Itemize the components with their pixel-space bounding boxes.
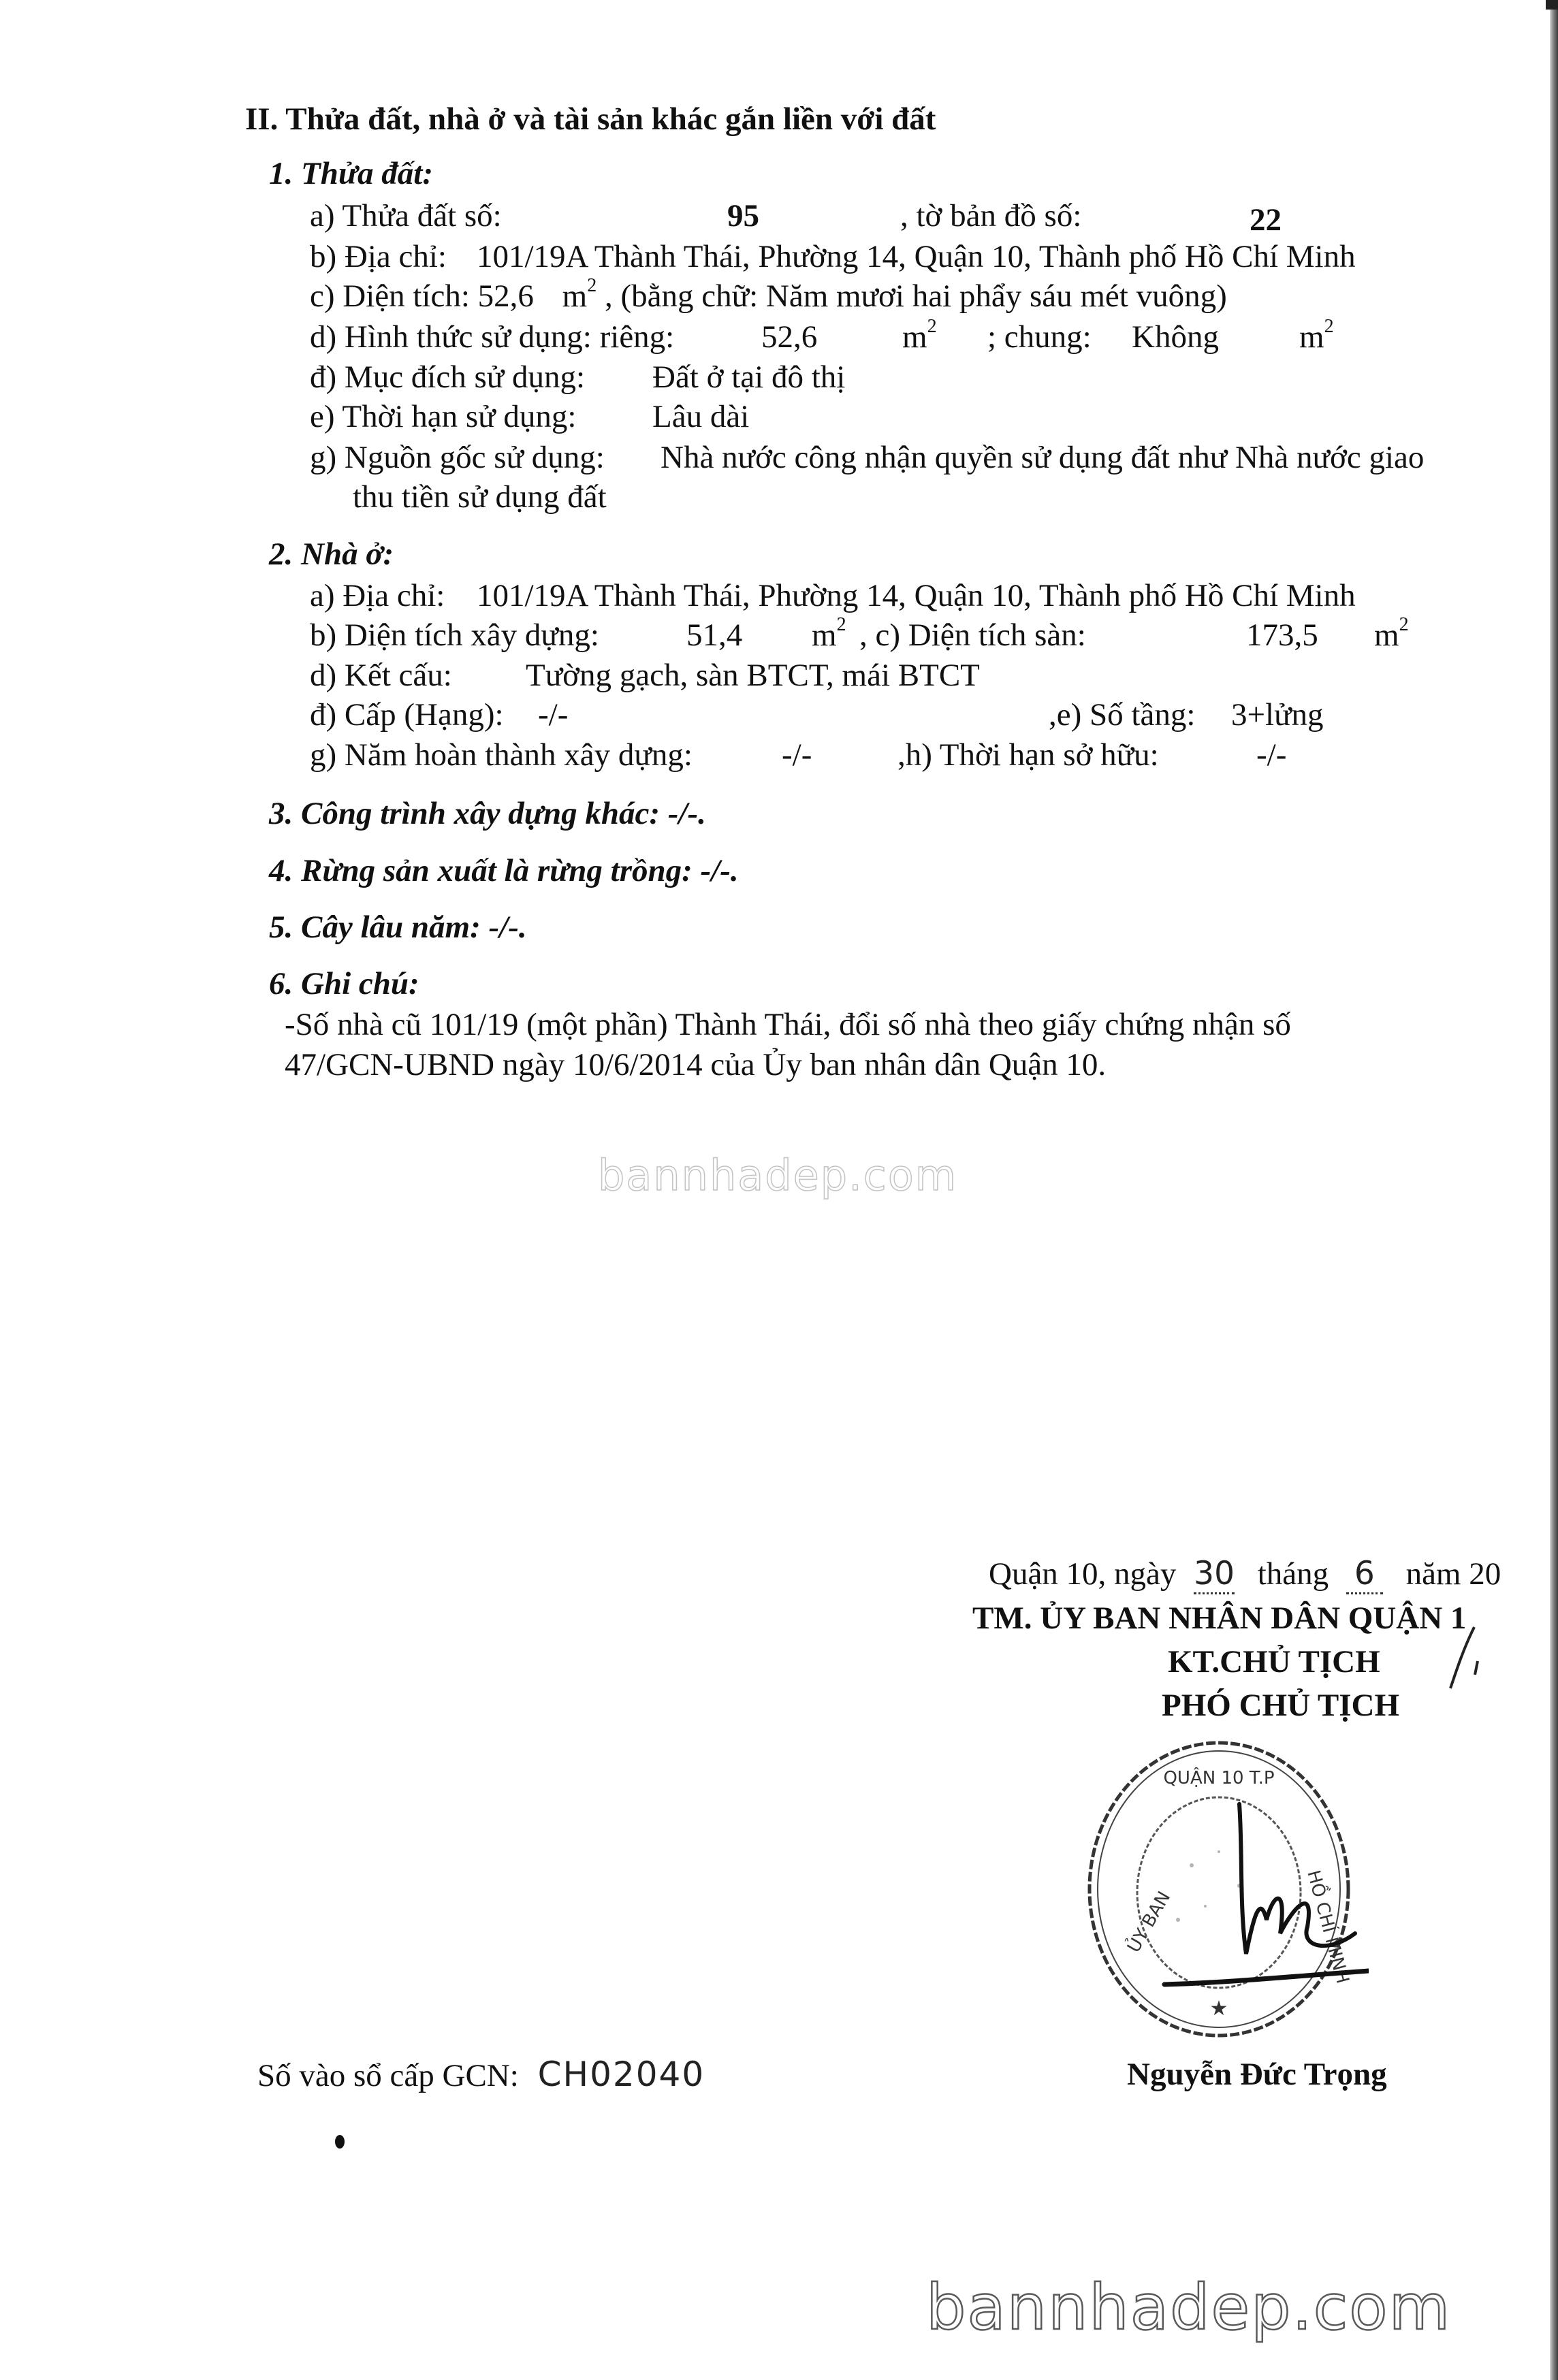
land-area-label: c) Diện tích: <box>310 278 470 314</box>
official-seal-icon: QUẬN 10 T.P HỒ CHÍ MINH ỦY BAN ★ <box>1083 1729 1369 2042</box>
watermark-footer: bannhadep.com <box>926 2271 1451 2344</box>
perennial-trees: 5. Cây lâu năm: -/-. <box>269 909 527 946</box>
section-title: II. Thửa đất, nhà ở và tài sản khác gắn … <box>245 101 936 138</box>
build-area-unit: m2 <box>812 617 846 654</box>
notes-heading: 6. Ghi chú: <box>269 965 419 1002</box>
floor-area-value: 173,5 <box>1246 617 1318 654</box>
structure-label: d) Kết cấu: <box>310 657 452 694</box>
place-date-prefix: Quận 10, ngày <box>989 1556 1176 1592</box>
completion-year-label: g) Năm hoàn thành xây dựng: <box>310 737 693 773</box>
floor-area-unit: m2 <box>1374 617 1409 654</box>
registry-label: Số vào sổ cấp GCN: <box>257 2058 519 2093</box>
build-area-value: 51,4 <box>686 617 742 654</box>
notes-line1: -Số nhà cũ 101/19 (một phần) Thành Thái,… <box>285 1006 1291 1043</box>
svg-text:★: ★ <box>1210 1997 1228 2021</box>
land-area-words: , (bằng chữ: Năm mươi hai phẩy sáu mét v… <box>605 278 1227 314</box>
issuing-org: TM. ỦY BAN NHÂN DÂN QUẬN 1 <box>972 1600 1466 1637</box>
usage-common-label: ; chung: <box>987 319 1092 355</box>
notes-line2: 47/GCN-UBND ngày 10/6/2014 của Ủy ban nh… <box>285 1046 1106 1083</box>
parcel-number: 95 <box>727 197 759 234</box>
term-label: e) Thời hạn sử dụng: <box>310 398 576 435</box>
grade-value: -/- <box>538 696 568 733</box>
build-area-label: b) Diện tích xây dựng: <box>310 617 599 654</box>
grade-label: đ) Cấp (Hạng): <box>310 696 504 733</box>
floors-value: 3+lửng <box>1231 696 1324 733</box>
scan-edge <box>1550 0 1558 2380</box>
origin-line1: Nhà nước công nhận quyền sử dụng đất như… <box>661 439 1424 476</box>
registry-row: Số vào sổ cấp GCN: CH02040 <box>257 2055 705 2094</box>
signer-name: Nguyễn Đức Trọng <box>1127 2056 1387 2093</box>
handwritten-month: 6 <box>1346 1555 1383 1594</box>
usage-form-label: d) Hình thức sử dụng: riêng: <box>310 319 674 355</box>
structure-value: Tường gạch, sàn BTCT, mái BTCT <box>526 657 980 694</box>
usage-common-unit: m2 <box>1299 319 1334 355</box>
origin-label: g) Nguồn gốc sử dụng: <box>310 439 605 476</box>
role-on-behalf-chairman: KT.CHỦ TỊCH <box>1168 1643 1380 1680</box>
role-vice-chairman: PHÓ CHỦ TỊCH <box>1162 1687 1399 1724</box>
land-heading: 1. Thửa đất: <box>269 155 433 192</box>
handwritten-day: 30 <box>1194 1555 1235 1594</box>
svg-text:ỦY BAN: ỦY BAN <box>1122 1886 1175 1956</box>
other-works: 3. Công trình xây dựng khác: -/-. <box>269 795 706 832</box>
scan-corner <box>1546 0 1558 10</box>
land-address: 101/19A Thành Thái, Phường 14, Quận 10, … <box>477 238 1356 275</box>
ownership-term-label: ,h) Thời hạn sở hữu: <box>897 737 1159 773</box>
usage-private-value: 52,6 <box>761 319 817 355</box>
ownership-term-value: -/- <box>1256 737 1286 773</box>
registry-number-handwritten: CH02040 <box>538 2055 705 2094</box>
land-area-row: c) Diện tích: 52,6 m2 , (bằng chữ: Năm m… <box>310 278 1227 315</box>
house-address-label: a) Địa chỉ: <box>310 577 445 614</box>
parcel-label: a) Thửa đất số: <box>310 197 502 234</box>
svg-text:QUẬN 10 T.P: QUẬN 10 T.P <box>1163 1767 1274 1788</box>
map-sheet-number: 22 <box>1250 202 1282 238</box>
initials-mark-icon <box>1444 1620 1484 1695</box>
land-area-unit-sup: 2 <box>587 275 597 296</box>
origin-line2: thu tiền sử dụng đất <box>353 479 607 515</box>
ink-dot <box>335 2135 345 2149</box>
land-area-unit: m <box>562 278 588 314</box>
land-address-label: b) Địa chỉ: <box>310 238 447 275</box>
term-value: Lâu dài <box>652 398 749 435</box>
usage-common-value: Không <box>1132 319 1219 355</box>
year-label: năm 20 <box>1406 1556 1501 1592</box>
house-address: 101/19A Thành Thái, Phường 14, Quận 10, … <box>477 577 1356 614</box>
house-heading: 2. Nhà ở: <box>269 536 394 573</box>
production-forest: 4. Rừng sản xuất là rừng trồng: -/-. <box>269 852 739 889</box>
usage-private-unit: m2 <box>902 319 937 355</box>
floor-area-label: , c) Diện tích sàn: <box>859 617 1086 654</box>
place-date-line: Quận 10, ngày 30 tháng 6 năm 20 <box>989 1555 1501 1592</box>
purpose-value: Đất ở tại đô thị <box>652 359 845 396</box>
purpose-label: đ) Mục đích sử dụng: <box>310 359 585 396</box>
month-label: tháng <box>1258 1556 1329 1592</box>
map-sheet-label: , tờ bản đồ số: <box>900 197 1081 234</box>
floors-label: ,e) Số tầng: <box>1049 696 1195 733</box>
completion-year-value: -/- <box>782 737 812 773</box>
land-area-value: 52,6 <box>478 278 534 314</box>
watermark-middle: bannhadep.com <box>598 1151 957 1200</box>
